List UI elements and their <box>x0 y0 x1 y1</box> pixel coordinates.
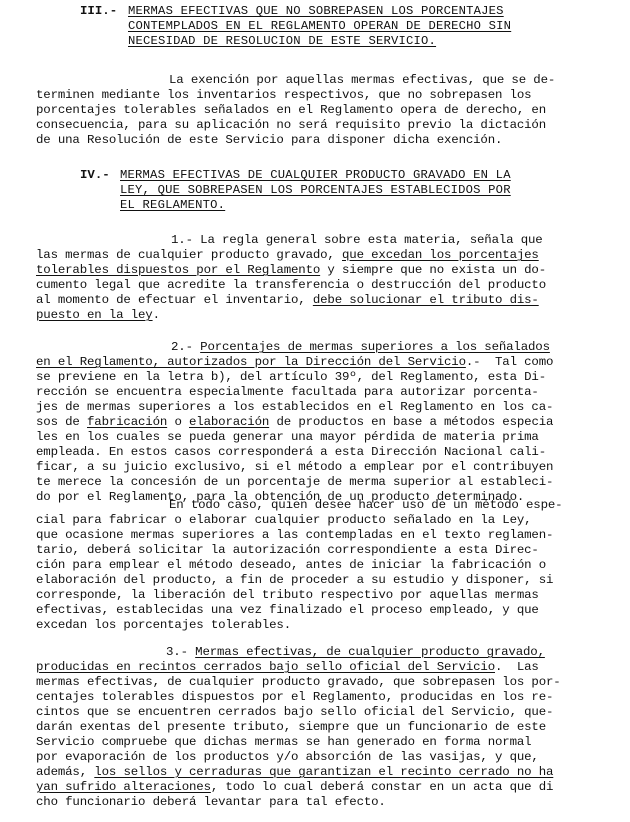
paragraph-line: mermas efectivas, de cualquier producto … <box>36 675 561 690</box>
paragraph-line: corresponde, la liberación del tributo r… <box>36 588 539 603</box>
heading-line: NECESIDAD DE RESOLUCION DE ESTE SERVICIO… <box>128 34 436 49</box>
paragraph-line: producidas en recintos cerrados bajo sel… <box>36 660 539 675</box>
heading-line: LEY, QUE SOBREPASEN LOS PORCENTAJES ESTA… <box>120 183 511 198</box>
heading-line: CONTEMPLADOS EN EL REGLAMENTO OPERAN DE … <box>128 19 511 34</box>
paragraph-line: efectivas, establecidas una vez finaliza… <box>36 603 539 618</box>
paragraph-line: tario, deberá solicitar la autorización … <box>36 543 539 558</box>
paragraph-line: cho funcionario deberá levantar para tal… <box>36 795 386 810</box>
document-page: III.- MERMAS EFECTIVAS QUE NO SOBREPASEN… <box>0 0 630 822</box>
paragraph-line: ción para emplear el método deseado, ant… <box>36 558 546 573</box>
paragraph-line: centajes tolerables dispuestos por el Re… <box>36 690 553 705</box>
paragraph-line: Servicio compruebe que dichas mermas se … <box>36 735 531 750</box>
paragraph-line: La exención por aquellas mermas efectiva… <box>169 73 555 88</box>
paragraph-line: rección se encuentra especialmente facul… <box>36 385 539 400</box>
paragraph-line: empleada. En estos casos corresponderá a… <box>36 445 546 460</box>
heading-line: EL REGLAMENTO. <box>120 198 225 213</box>
paragraph-line: elaboración del producto, a fin de proce… <box>36 573 553 588</box>
paragraph-line: En todo caso, quien desee hacer uso de u… <box>169 498 562 513</box>
paragraph-line: porcentajes tolerables señalados en el R… <box>36 103 546 118</box>
item-number: 2.- Porcentajes de mermas superiores a l… <box>171 340 550 355</box>
heading-line: MERMAS EFECTIVAS QUE NO SOBREPASEN LOS P… <box>128 4 504 19</box>
paragraph-line: sos de fabricación o elaboración de prod… <box>36 415 553 430</box>
paragraph-line: cial para fabricar o elaborar cualquier … <box>36 513 531 528</box>
paragraph-line: te merece la concesión de un porcentaje … <box>36 475 553 490</box>
paragraph-line: terminen mediante los inventarios respec… <box>36 88 531 103</box>
paragraph-line: en el Reglamento, autorizados por la Dir… <box>36 355 553 370</box>
item-number: 3.- Mermas efectivas, de cualquier produ… <box>166 645 545 660</box>
paragraph-line: tolerables dispuestos por el Reglamento … <box>36 263 546 278</box>
paragraph-line: consecuencia, para su aplicación no será… <box>36 118 546 133</box>
paragraph-line: cumento legal que acredite la transferen… <box>36 278 546 293</box>
paragraph-line: excedan los porcentajes tolerables. <box>36 618 291 633</box>
paragraph-line: yan sufrido alteraciones, todo lo cual d… <box>36 780 553 795</box>
paragraph-line: por evaporación de los productos y/o abs… <box>36 750 539 765</box>
paragraph-line: jes de mermas superiores a los estableci… <box>36 400 553 415</box>
paragraph-line: ficar, a su juicio exclusivo, si el méto… <box>36 460 553 475</box>
paragraph-line: de una Resolución de este Servicio para … <box>36 133 502 148</box>
paragraph-line: les en los cuales se pueda generar una m… <box>36 430 539 445</box>
paragraph-line: además, los sellos y cerraduras que gara… <box>36 765 553 780</box>
paragraph-line: puesto en la ley. <box>36 308 160 323</box>
section-number: IV.- <box>80 168 110 183</box>
paragraph-line: al momento de efectuar el inventario, de… <box>36 293 539 308</box>
paragraph-line: cintos que se encuentren cerrados bajo s… <box>36 705 553 720</box>
paragraph-line: que ocasione mermas superiores a las con… <box>36 528 553 543</box>
paragraph-line: las mermas de cualquier producto gravado… <box>36 248 539 263</box>
paragraph-line: se previene en la letra b), del artículo… <box>36 370 546 385</box>
heading-line: MERMAS EFECTIVAS DE CUALQUIER PRODUCTO G… <box>120 168 511 183</box>
item-number: 1.- La regla general sobre esta materia,… <box>171 233 543 248</box>
paragraph-line: darán exentas del presente tributo, siem… <box>36 720 546 735</box>
section-number: III.- <box>80 4 117 19</box>
